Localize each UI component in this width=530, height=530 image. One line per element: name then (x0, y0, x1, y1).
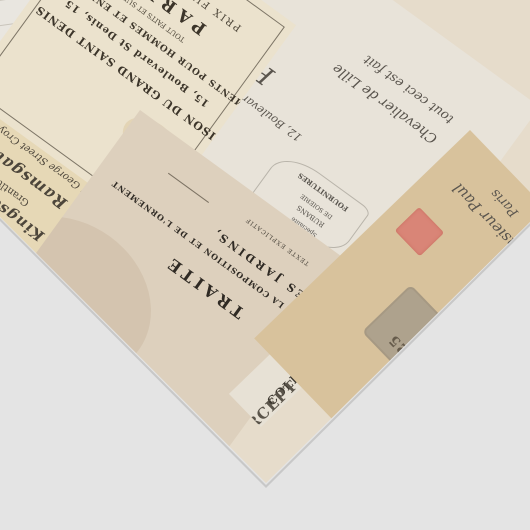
red-postage-stamp (395, 207, 444, 257)
book-line: TRAITE (161, 252, 248, 322)
grey-postage-stamp: 25 (362, 285, 462, 385)
product-photo: Paris 12, Boulevard St Martin Chevalier … (0, 0, 530, 530)
napkin-sheet: Paris 12, Boulevard St Martin Chevalier … (0, 0, 530, 530)
postmark-bar (355, 383, 391, 418)
